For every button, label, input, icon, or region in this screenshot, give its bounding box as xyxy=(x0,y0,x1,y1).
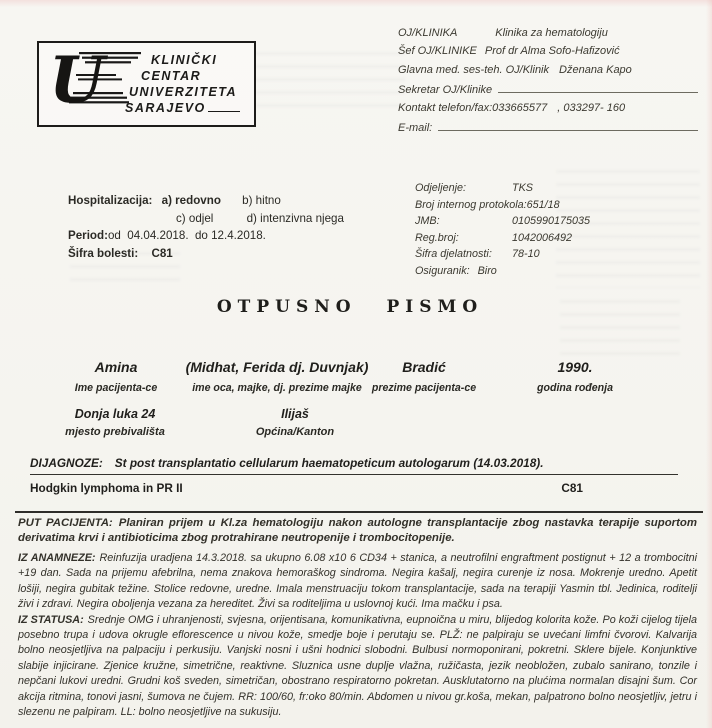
logo-line: KLINIČKI xyxy=(151,52,240,68)
patient-birth-year-col: 1990. godina rođenja xyxy=(505,359,645,394)
status-label: IZ STATUSA: xyxy=(18,614,84,626)
option-hitno: b) hitno xyxy=(242,194,281,207)
scan-artifact-bleedthrough xyxy=(255,52,405,116)
patient-first-name-col: Amina Ime pacijenta-ce xyxy=(46,359,186,394)
hospitalization-row: Hospitalizacija: a) redovno b) hitno xyxy=(68,192,344,210)
department-row: Odjeljenje: TKS xyxy=(415,180,705,197)
clinic-header-block: OJ/KLINIKA Klinika za hematologiju Šef O… xyxy=(398,24,698,138)
department-row: Reg.broj: 1042006492 xyxy=(415,230,705,247)
department-value: TKS xyxy=(512,180,533,197)
header-value-2: , 033297- 160 xyxy=(557,99,625,117)
scan-artifact-right-tinge xyxy=(706,0,712,728)
diagnosis-secondary-row: Hodgkin lymphoma in PR II C81 xyxy=(30,475,678,495)
section-divider xyxy=(15,511,703,513)
patient-municipality-label: Općina/Kanton xyxy=(225,426,365,438)
diagnoses-label: DIJAGNOZE: xyxy=(30,456,103,470)
logo-line: SARAJEVO xyxy=(125,100,240,116)
diagnosis-primary-row: DIJAGNOZE:St post transplantatio cellula… xyxy=(30,456,678,475)
patient-last-name: Bradić xyxy=(354,359,494,376)
department-value: 651/18 xyxy=(527,197,560,214)
department-label: JMB: xyxy=(415,213,512,230)
department-value: Biro xyxy=(478,263,497,280)
status-text: Srednje OMG i uhranjenosti, svjesna, ori… xyxy=(18,614,697,718)
header-row-oj-klinika: OJ/KLINIKA Klinika za hematologiju xyxy=(398,24,698,42)
header-row-kontakt: Kontakt telefon/fax: 033665577 , 033297-… xyxy=(398,99,698,117)
option-odjel: c) odjel xyxy=(176,212,213,225)
patient-first-name-label: Ime pacijenta-ce xyxy=(46,382,186,394)
document-body: PUT PACIJENTA:Planiran prijem u Kl.za he… xyxy=(18,516,697,720)
scan-artifact-top-tinge xyxy=(0,0,712,7)
patient-last-name-col: Bradić prezime pacijenta-ce xyxy=(354,359,494,394)
department-value: 78-10 xyxy=(512,246,540,263)
period-label: Period: xyxy=(68,229,108,242)
department-label: Šifra djelatnosti: xyxy=(415,246,512,263)
department-label: Reg.broj: xyxy=(415,230,512,247)
department-row: Šifra djelatnosti: 78-10 xyxy=(415,246,705,263)
logo-underline xyxy=(208,100,240,112)
patient-parents-col: (Midhat, Ferida dj. Duvnjak) ime oca, ma… xyxy=(172,359,382,394)
patient-birth-year: 1990. xyxy=(505,359,645,376)
department-row: JMB: 0105990175035 xyxy=(415,213,705,230)
document-page: U KLINIČKI CENTAR UNIVERZITETA SARAJEVO … xyxy=(0,0,712,728)
patient-municipality-col: Ilijaš Općina/Kanton xyxy=(225,406,365,438)
period-value: od 04.04.2018. do 12.4.2018. xyxy=(108,229,266,242)
header-value: Dženana Kapo xyxy=(559,61,632,79)
disease-code-label: Šifra bolesti: xyxy=(68,247,138,260)
option-redovno: a) redovno xyxy=(162,194,221,207)
anamnesis-text: Reinfuzija uradjena 14.3.2018. sa ukupno… xyxy=(18,552,697,610)
diagnosis-code: C81 xyxy=(561,481,678,495)
period-row: Period:od 04.04.2018. do 12.4.2018. xyxy=(68,227,344,245)
patient-address-label: mjesto prebivališta xyxy=(45,426,185,438)
admission-block: Hospitalizacija: a) redovno b) hitno c) … xyxy=(68,192,344,262)
patient-path-text: Planiran prijem u Kl.za hematologiju nak… xyxy=(18,517,697,544)
blank-line xyxy=(498,79,698,93)
header-label: Šef OJ/KLINIKE xyxy=(398,42,477,60)
department-value: 1042006492 xyxy=(512,230,572,247)
disease-code-value: C81 xyxy=(151,247,172,260)
clinic-logo-text: KLINIČKI CENTAR UNIVERZITETA SARAJEVO xyxy=(125,52,240,116)
header-label: OJ/KLINIKA xyxy=(398,24,457,42)
header-value: Prof dr Alma Sofo-Hafizović xyxy=(485,42,620,60)
header-row-glavna-sestra: Glavna med. ses-teh. OJ/Klinik Dženana K… xyxy=(398,61,698,79)
hospitalization-label: Hospitalizacija: xyxy=(68,194,152,207)
patient-address: Donja luka 24 xyxy=(45,406,185,423)
department-value: 0105990175035 xyxy=(512,213,590,230)
department-label: Broj internog protokola: xyxy=(415,197,527,214)
header-label: E-mail: xyxy=(398,119,432,137)
disease-code-row: Šifra bolesti: C81 xyxy=(68,245,344,263)
header-value: Klinika za hematologiju xyxy=(495,24,608,42)
header-label: Kontakt telefon/fax: xyxy=(398,99,492,117)
document-title: OTPUSNO PISMO xyxy=(0,297,700,317)
patient-last-name-label: prezime pacijenta-ce xyxy=(354,382,494,394)
logo-line: UNIVERZITETA xyxy=(129,84,240,100)
patient-parents: (Midhat, Ferida dj. Duvnjak) xyxy=(172,359,382,376)
header-row-sef: Šef OJ/KLINIKE Prof dr Alma Sofo-Hafizov… xyxy=(398,42,698,60)
hospitalization-row-2: c) odjel d) intenzivna njega xyxy=(68,210,344,228)
department-row: Osiguranik: Biro xyxy=(415,263,705,280)
patient-parents-label: ime oca, majke, dj. prezime majke xyxy=(172,382,382,394)
logo-line: CENTAR xyxy=(141,68,240,84)
patient-path-label: PUT PACIJENTA: xyxy=(18,517,113,529)
department-block: Odjeljenje: TKS Broj internog protokola:… xyxy=(415,180,705,280)
blank-line xyxy=(438,117,698,131)
header-label: Glavna med. ses-teh. OJ/Klinik xyxy=(398,61,549,79)
status-paragraph: IZ STATUSA:Srednje OMG i uhranjenosti, s… xyxy=(18,613,697,721)
header-label: Sekretar OJ/Klinike xyxy=(398,81,492,99)
option-intenzivna: d) intenzivna njega xyxy=(247,212,344,225)
header-row-sekretar: Sekretar OJ/Klinike xyxy=(398,79,698,99)
department-label: Odjeljenje: xyxy=(415,180,512,197)
diagnosis-secondary: Hodgkin lymphoma in PR II xyxy=(30,481,183,495)
patient-municipality: Ilijaš xyxy=(225,406,365,423)
department-row: Broj internog protokola: 651/18 xyxy=(415,197,705,214)
patient-birth-year-label: godina rođenja xyxy=(505,382,645,394)
svg-text:U: U xyxy=(49,48,109,110)
clinic-logo-box: U KLINIČKI CENTAR UNIVERZITETA SARAJEVO xyxy=(37,41,256,127)
header-row-email: E-mail: xyxy=(398,117,698,137)
diagnosis-primary: St post transplantatio cellularum haemat… xyxy=(115,456,544,470)
header-value: 033665577 xyxy=(492,99,547,117)
department-label: Osiguranik: xyxy=(415,263,470,280)
anamnesis-label: IZ ANAMNEZE: xyxy=(18,552,96,564)
logo-line-text: SARAJEVO xyxy=(125,100,206,116)
patient-path-paragraph: PUT PACIJENTA:Planiran prijem u Kl.za he… xyxy=(18,516,697,546)
patient-address-col: Donja luka 24 mjesto prebivališta xyxy=(45,406,185,438)
diagnoses-block: DIJAGNOZE:St post transplantatio cellula… xyxy=(30,456,678,495)
patient-first-name: Amina xyxy=(46,359,186,376)
anamnesis-paragraph: IZ ANAMNEZE:Reinfuzija uradjena 14.3.201… xyxy=(18,551,697,613)
